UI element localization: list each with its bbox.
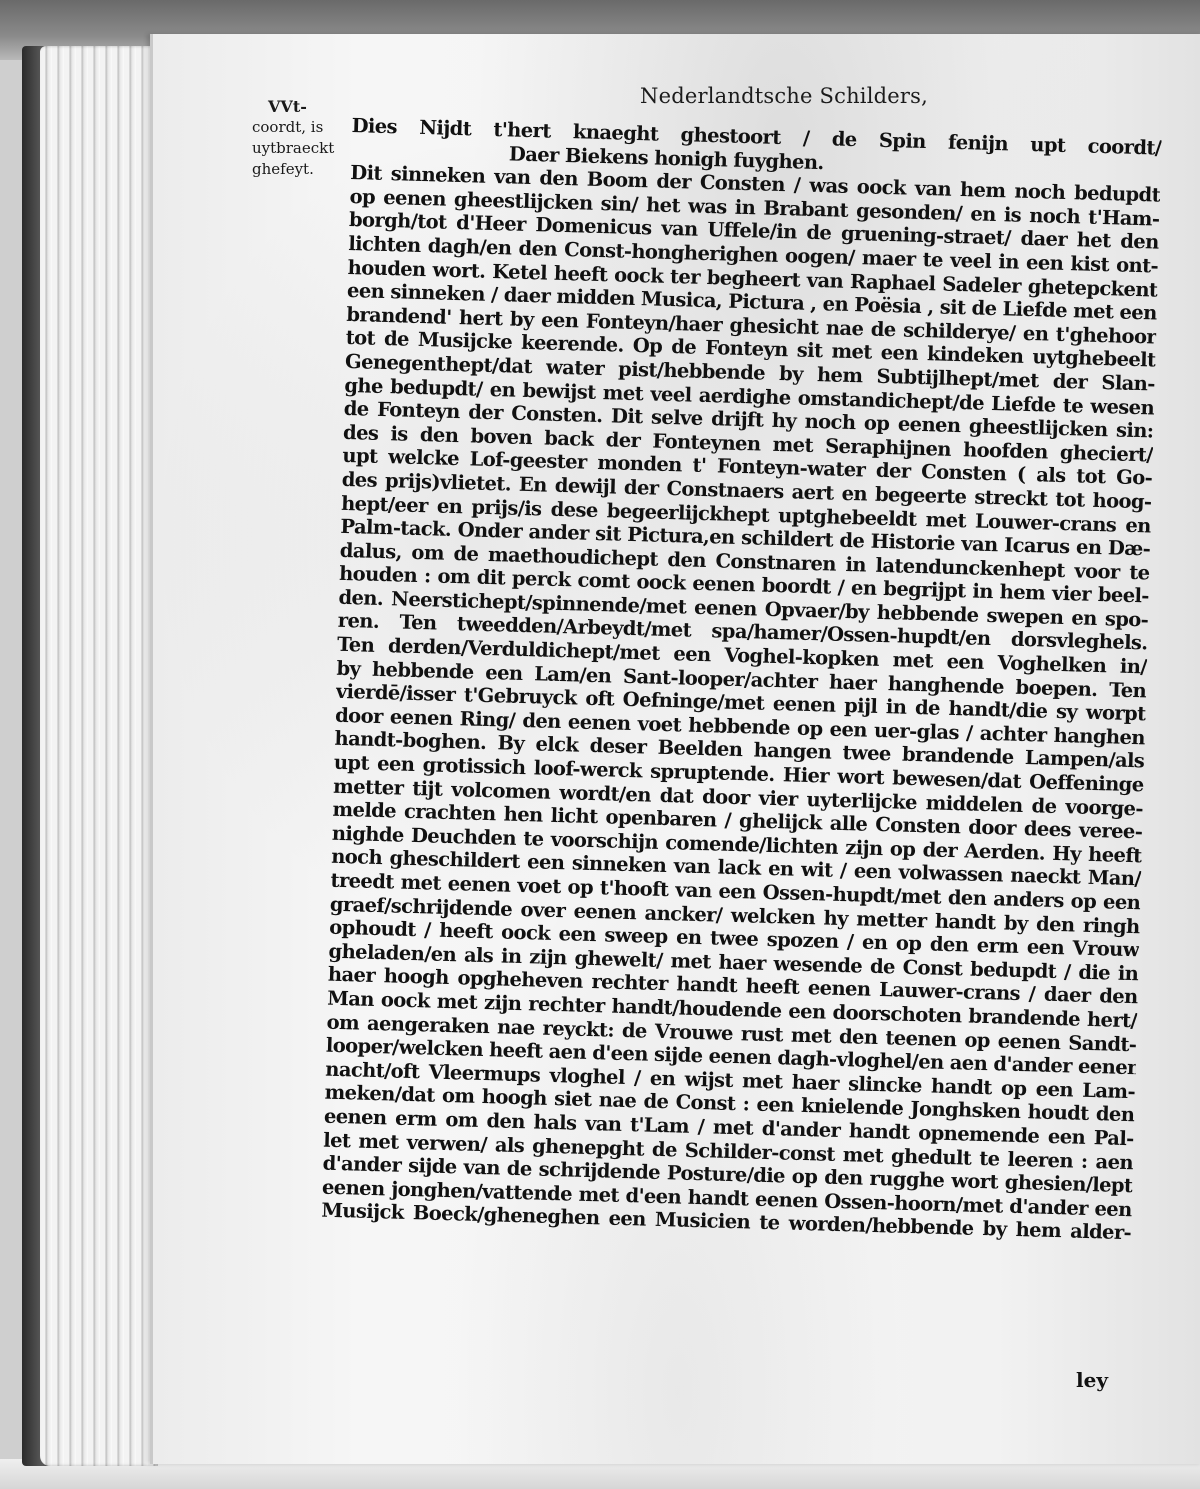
margin-note-line: uytbraeckt — [252, 138, 342, 159]
book-page-edges — [40, 46, 158, 1466]
body-text: Dies Nijdt t'hert knaeght ghestoort / de… — [321, 114, 1162, 1245]
margin-note-line: coordt, is — [252, 117, 342, 138]
catchword: ley — [1076, 1368, 1108, 1392]
margin-note: VVt- coordt, is uytbraeckt ghefeyt. — [252, 96, 342, 180]
margin-note-line: VVt- — [252, 96, 342, 117]
running-head: Nederlandtsche Schilders, — [640, 84, 928, 108]
margin-note-line: ghefeyt. — [252, 159, 342, 180]
